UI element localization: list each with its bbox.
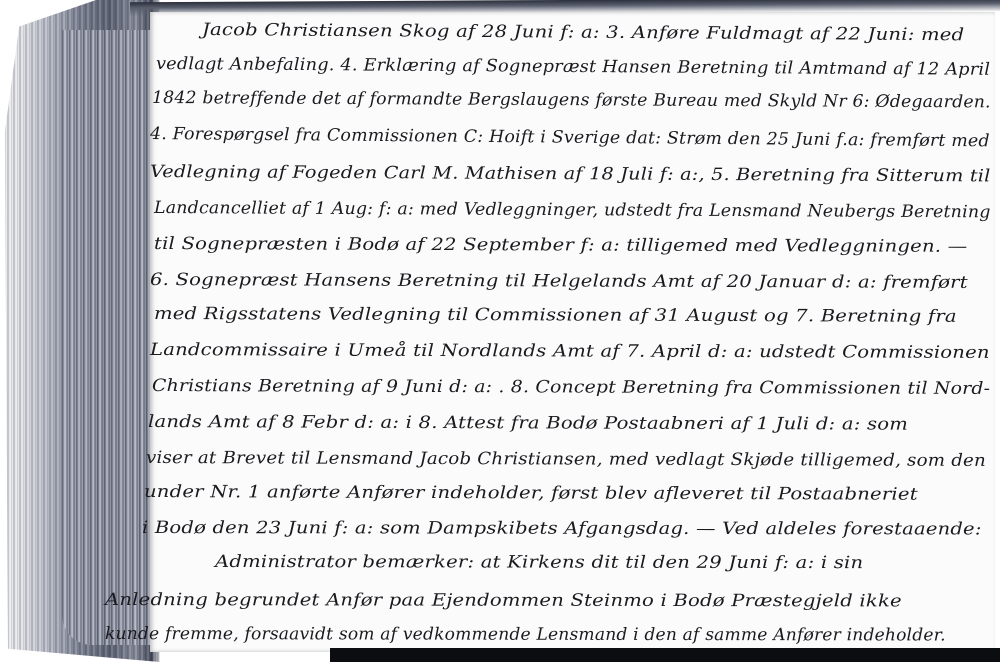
handwritten-line-11: Christians Beretning af 9 Juni d: a: . 8… <box>152 376 990 399</box>
handwritten-line-12: lands Amt af 8 Febr d: a: i 8. Attest fr… <box>148 412 908 435</box>
handwritten-line-6: Landcancelliet af 1 Aug: f: a: med Vedle… <box>154 198 991 222</box>
handwritten-line-15: i Bodø den 23 Juni f: a: som Dampskibets… <box>142 518 982 539</box>
handwritten-line-5: Vedlegning af Fogeden Carl M. Mathisen a… <box>150 162 991 186</box>
handwritten-line-10: Landcommissaire i Umeå til Nordlands Amt… <box>150 340 990 363</box>
handwritten-line-4: 4. Forespørgsel fra Commissionen C: Hoif… <box>150 124 990 151</box>
handwritten-line-13: viser at Brevet til Lensmand Jacob Chris… <box>146 448 986 471</box>
handwritten-line-17: Anledning begrundet Anfør paa Ejendommen… <box>105 590 902 611</box>
stacked-page-edges <box>62 30 150 645</box>
handwritten-line-14: under Nr. 1 anførte Anfører indeholder, … <box>144 482 918 505</box>
handwritten-line-3: 1842 betreffende det af formandte Bergsl… <box>152 88 991 112</box>
handwritten-line-9: med Rigsstatens Vedlegning til Commissio… <box>154 304 957 327</box>
handwritten-line-2: vedlagt Anbefaling. 4. Erklæring af Sogn… <box>156 54 990 80</box>
bottom-shadow <box>330 648 1000 662</box>
handwritten-line-7: til Sognepræsten i Bodø af 22 September … <box>154 234 968 257</box>
handwritten-line-16: Administrator bemærker: at Kirkens dit t… <box>215 552 863 573</box>
handwritten-line-8: 6. Sognepræst Hansens Beretning til Helg… <box>150 270 968 293</box>
handwritten-line-18: kunde fremme, forsaavidt som af vedkomme… <box>105 624 946 645</box>
handwritten-page: Jacob Christiansen Skog af 28 Juni f: a:… <box>150 12 995 652</box>
handwritten-line-1: Jacob Christiansen Skog af 28 Juni f: a:… <box>202 20 964 45</box>
